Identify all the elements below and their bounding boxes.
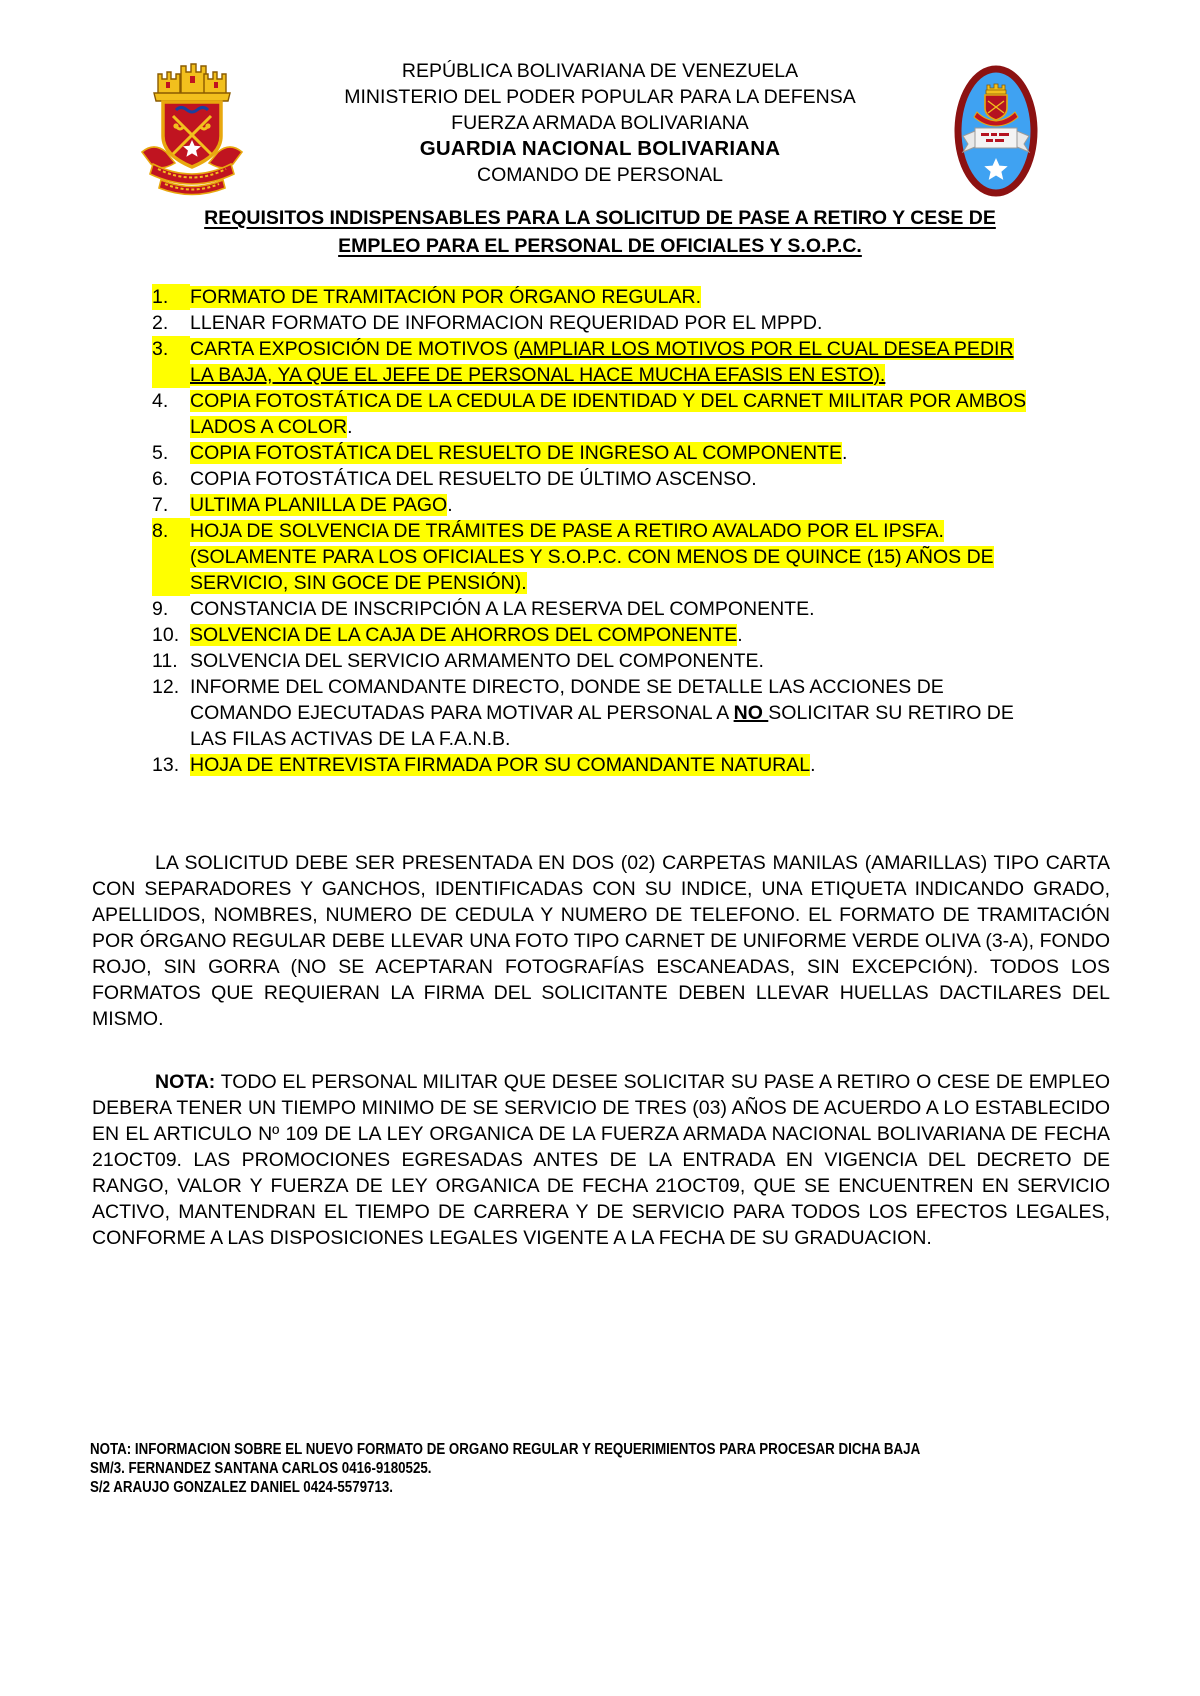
requirement-item: 2.LLENAR FORMATO DE INFORMACION REQUERID… [152,310,1036,336]
text-segment: SOLVENCIA DEL SERVICIO ARMAMENTO DEL COM… [190,650,764,672]
text-segment: CARTA EXPOSICIÓN DE MOTIVOS ( [190,338,520,360]
gnb-shield-crest-icon [136,56,248,196]
footer-note-line-2: SM/3. FERNANDEZ SANTANA CARLOS 0416-9180… [90,1459,1200,1478]
requirement-number: 12. [152,674,190,752]
requirement-number: 8. [152,518,190,596]
text-segment: . [447,494,452,516]
text-segment: ULTIMA PLANILLA DE PAGO [190,494,447,516]
requirement-text: ULTIMA PLANILLA DE PAGO. [190,492,1036,518]
requirement-number: 13. [152,752,190,778]
text-segment: NO [734,702,769,724]
requirement-text: FORMATO DE TRAMITACIÓN POR ÓRGANO REGULA… [190,284,1036,310]
requirement-text: CONSTANCIA DE INSCRIPCIÓN A LA RESERVA D… [190,596,1036,622]
requirement-number: 11. [152,648,190,674]
gnb-oval-emblem-icon [953,64,1039,198]
requirement-number: 3. [152,336,190,388]
requirement-number: 5. [152,440,190,466]
requirement-item: 5.COPIA FOTOSTÁTICA DEL RESUELTO DE INGR… [152,440,1036,466]
requirement-item: 1.FORMATO DE TRAMITACIÓN POR ÓRGANO REGU… [152,284,1036,310]
footer-note-line-3: S/2 ARAUJO GONZALEZ DANIEL 0424-5579713. [90,1478,1200,1497]
requirement-text: SOLVENCIA DEL SERVICIO ARMAMENTO DEL COM… [190,648,1036,674]
requirements-list: 1.FORMATO DE TRAMITACIÓN POR ÓRGANO REGU… [152,284,1036,778]
document-page: REPÚBLICA BOLIVARIANA DE VENEZUELA MINIS… [0,0,1200,1696]
requirement-text: HOJA DE SOLVENCIA DE TRÁMITES DE PASE A … [190,518,1036,596]
footer-note: NOTA: INFORMACION SOBRE EL NUEVO FORMATO… [90,1440,1200,1497]
requirement-item: 6.COPIA FOTOSTÁTICA DEL RESUELTO DE ÚLTI… [152,466,1036,492]
text-segment: COPIA FOTOSTÁTICA DEL RESUELTO DE ÚLTIMO… [190,468,757,490]
requirement-text: CARTA EXPOSICIÓN DE MOTIVOS (AMPLIAR LOS… [190,336,1036,388]
text-segment: . [842,442,847,464]
text-segment: CONSTANCIA DE INSCRIPCIÓN A LA RESERVA D… [190,598,815,620]
requirement-number: 10. [152,622,190,648]
text-segment: FORMATO DE TRAMITACIÓN POR ÓRGANO REGULA… [190,286,701,308]
requirement-text: LLENAR FORMATO DE INFORMACION REQUERIDAD… [190,310,1036,336]
requirement-item: 13.HOJA DE ENTREVISTA FIRMADA POR SU COM… [152,752,1036,778]
requirement-number: 4. [152,388,190,440]
paragraph: LA SOLICITUD DEBE SER PRESENTADA EN DOS … [92,850,1110,1032]
text-segment: . [810,754,815,776]
text-segment: . [347,416,352,438]
requirement-text: COPIA FOTOSTÁTICA DEL RESUELTO DE INGRES… [190,440,1036,466]
requirement-item: 9.CONSTANCIA DE INSCRIPCIÓN A LA RESERVA… [152,596,1036,622]
requirement-number: 7. [152,492,190,518]
requirement-text: SOLVENCIA DE LA CAJA DE AHORROS DEL COMP… [190,622,1036,648]
page-title-line-1: REQUISITOS INDISPENSABLES PARA LA SOLICI… [204,207,996,229]
requirement-text: HOJA DE ENTREVISTA FIRMADA POR SU COMAND… [190,752,1036,778]
requirement-item: 4.COPIA FOTOSTÁTICA DE LA CEDULA DE IDEN… [152,388,1036,440]
text-segment: HOJA DE SOLVENCIA DE TRÁMITES DE PASE A … [190,520,994,594]
page-title-line-2: EMPLEO PARA EL PERSONAL DE OFICIALES Y S… [338,235,862,257]
page-title: REQUISITOS INDISPENSABLES PARA LA SOLICI… [0,204,1200,260]
requirement-text: COPIA FOTOSTÁTICA DEL RESUELTO DE ÚLTIMO… [190,466,1036,492]
footer-note-line-1: NOTA: INFORMACION SOBRE EL NUEVO FORMATO… [90,1440,1200,1459]
requirement-number: 6. [152,466,190,492]
requirement-number: 9. [152,596,190,622]
requirement-item: 3.CARTA EXPOSICIÓN DE MOTIVOS (AMPLIAR L… [152,336,1036,388]
paragraph-lead: NOTA: [155,1071,215,1093]
requirement-item: 10.SOLVENCIA DE LA CAJA DE AHORROS DEL C… [152,622,1036,648]
text-segment: COPIA FOTOSTÁTICA DE LA CEDULA DE IDENTI… [190,390,1026,438]
requirement-text: INFORME DEL COMANDANTE DIRECTO, DONDE SE… [190,674,1036,752]
body-paragraphs: LA SOLICITUD DEBE SER PRESENTADA EN DOS … [92,850,1110,1288]
text-segment: COPIA FOTOSTÁTICA DEL RESUELTO DE INGRES… [190,442,842,464]
requirement-number: 1. [152,284,190,310]
text-segment: HOJA DE ENTREVISTA FIRMADA POR SU COMAND… [190,754,810,776]
requirement-number: 2. [152,310,190,336]
requirement-item: 12.INFORME DEL COMANDANTE DIRECTO, DONDE… [152,674,1036,752]
requirement-item: 8.HOJA DE SOLVENCIA DE TRÁMITES DE PASE … [152,518,1036,596]
requirement-text: COPIA FOTOSTÁTICA DE LA CEDULA DE IDENTI… [190,388,1036,440]
paragraph: NOTA: TODO EL PERSONAL MILITAR QUE DESEE… [92,1069,1110,1251]
text-segment: . [737,624,742,646]
text-segment: LLENAR FORMATO DE INFORMACION REQUERIDAD… [190,312,822,334]
requirement-item: 7.ULTIMA PLANILLA DE PAGO. [152,492,1036,518]
requirement-item: 11.SOLVENCIA DEL SERVICIO ARMAMENTO DEL … [152,648,1036,674]
text-segment: SOLVENCIA DE LA CAJA DE AHORROS DEL COMP… [190,624,737,646]
